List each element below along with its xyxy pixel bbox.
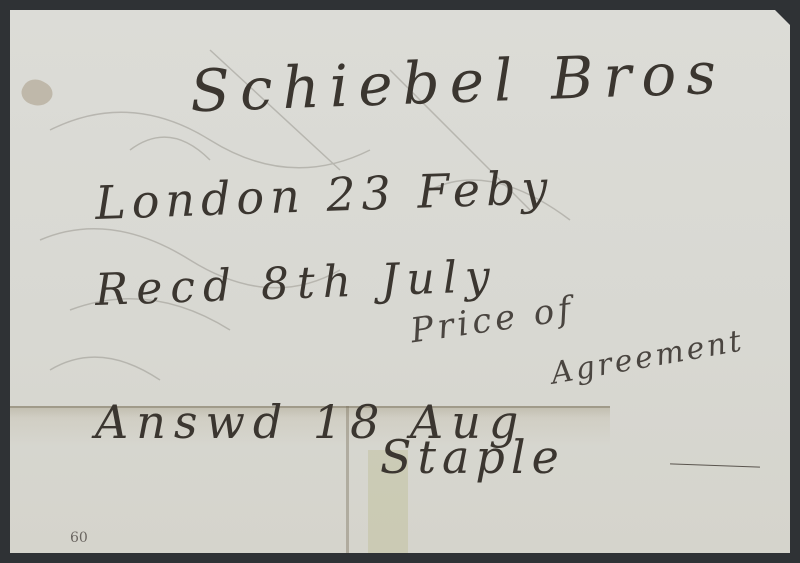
signature: Staple bbox=[380, 430, 565, 484]
received-date: Recd 8th July bbox=[94, 251, 498, 316]
correspondent-name: Schiebel Bros bbox=[189, 39, 727, 126]
place-date: London 23 Feby bbox=[94, 160, 554, 230]
note-line-2: Agreement bbox=[548, 323, 746, 391]
document-page: Schiebel Bros London 23 Feby Recd 8th Ju… bbox=[10, 10, 790, 553]
ink-stain bbox=[18, 74, 57, 112]
signature-flourish bbox=[670, 463, 760, 467]
corner-note: 60 bbox=[70, 530, 88, 546]
